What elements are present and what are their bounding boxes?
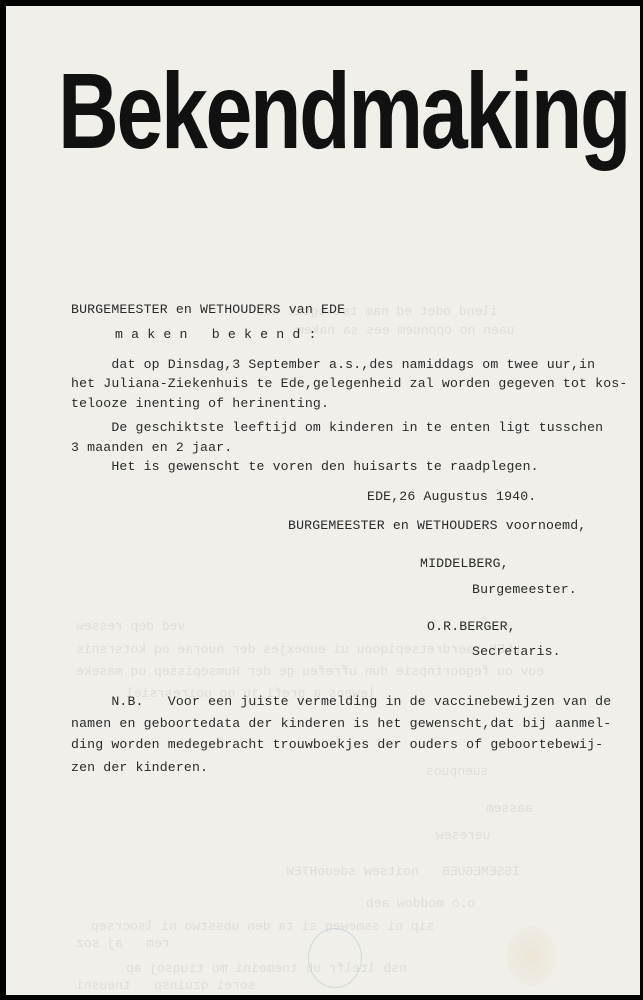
nb-line: zen der kinderen. bbox=[71, 760, 208, 775]
body-line: 3 maanden en 2 jaar. bbox=[71, 440, 232, 455]
mayor-name: MIDDELBERG, bbox=[420, 556, 509, 571]
bleed-through-text: o.o moddow aeb bbox=[366, 896, 475, 911]
document-title: Bekendmaking bbox=[58, 36, 479, 186]
bleed-through-text: nsb ltelfr ub tnemeini mo tiuqsoj ap bbox=[126, 961, 407, 976]
bleed-through-text: ved dep ressew bbox=[76, 619, 185, 634]
bleed-through-text: rem aj soz bbox=[76, 936, 170, 951]
body-line: telooze inenting of herinenting. bbox=[71, 396, 329, 411]
signatory-body: BURGEMEESTER en WETHOUDERS voornoemd, bbox=[288, 518, 586, 533]
subheading-line: m a k e n b e k e n d : bbox=[115, 327, 317, 342]
bleed-through-text: aassem bbox=[486, 801, 533, 816]
document-sheet: Bekendmaking ilend odet ed nam tel egsit… bbox=[6, 6, 640, 995]
bleed-through-text: eov ou fegoortnpsie dun ufrefeu ge der H… bbox=[76, 664, 544, 679]
bleed-through-text: sip ni ssmeweg si ta den ubsstwo ni lsoc… bbox=[91, 919, 434, 934]
bleed-through-text: ueresew bbox=[436, 828, 491, 843]
bleed-through-text: suenpuos bbox=[426, 764, 488, 779]
body-line: Het is gewenscht te voren den huisarts t… bbox=[71, 459, 539, 474]
bleed-through-text: ISSEMEGUEB noitsew sdeuoHTEW bbox=[286, 864, 520, 879]
body-line: het Juliana-Ziekenhuis te Ede,gelegenhei… bbox=[71, 376, 627, 391]
bleed-through-text: uaen no oppnuem ees sa nakem bbox=[296, 323, 514, 338]
bleed-through-text: LLEN saerdretsepiqoou ui euoexjes der nu… bbox=[76, 642, 521, 657]
paper-stain bbox=[506, 926, 556, 986]
heading-line: BURGEMEESTER en WETHOUDERS van EDE bbox=[71, 302, 345, 317]
nb-line: namen en geboortedata der kinderen is he… bbox=[71, 716, 611, 731]
bleed-through-text: sorei qzuinsp tneusni bbox=[76, 978, 255, 993]
body-line: dat op Dinsdag,3 September a.s.,des nami… bbox=[71, 357, 595, 372]
body-line: De geschiktste leeftijd om kinderen in t… bbox=[71, 420, 603, 435]
faint-stamp bbox=[308, 928, 362, 988]
secretary-name: O.R.BERGER, bbox=[427, 619, 516, 634]
place-date: EDE,26 Augustus 1940. bbox=[367, 489, 536, 504]
nb-line: ding worden medegebracht trouwboekjes de… bbox=[71, 737, 603, 752]
nb-line: N.B. Voor een juiste vermelding in de va… bbox=[71, 694, 611, 709]
mayor-title: Burgemeester. bbox=[472, 582, 577, 597]
secretary-title: Secretaris. bbox=[472, 644, 561, 659]
